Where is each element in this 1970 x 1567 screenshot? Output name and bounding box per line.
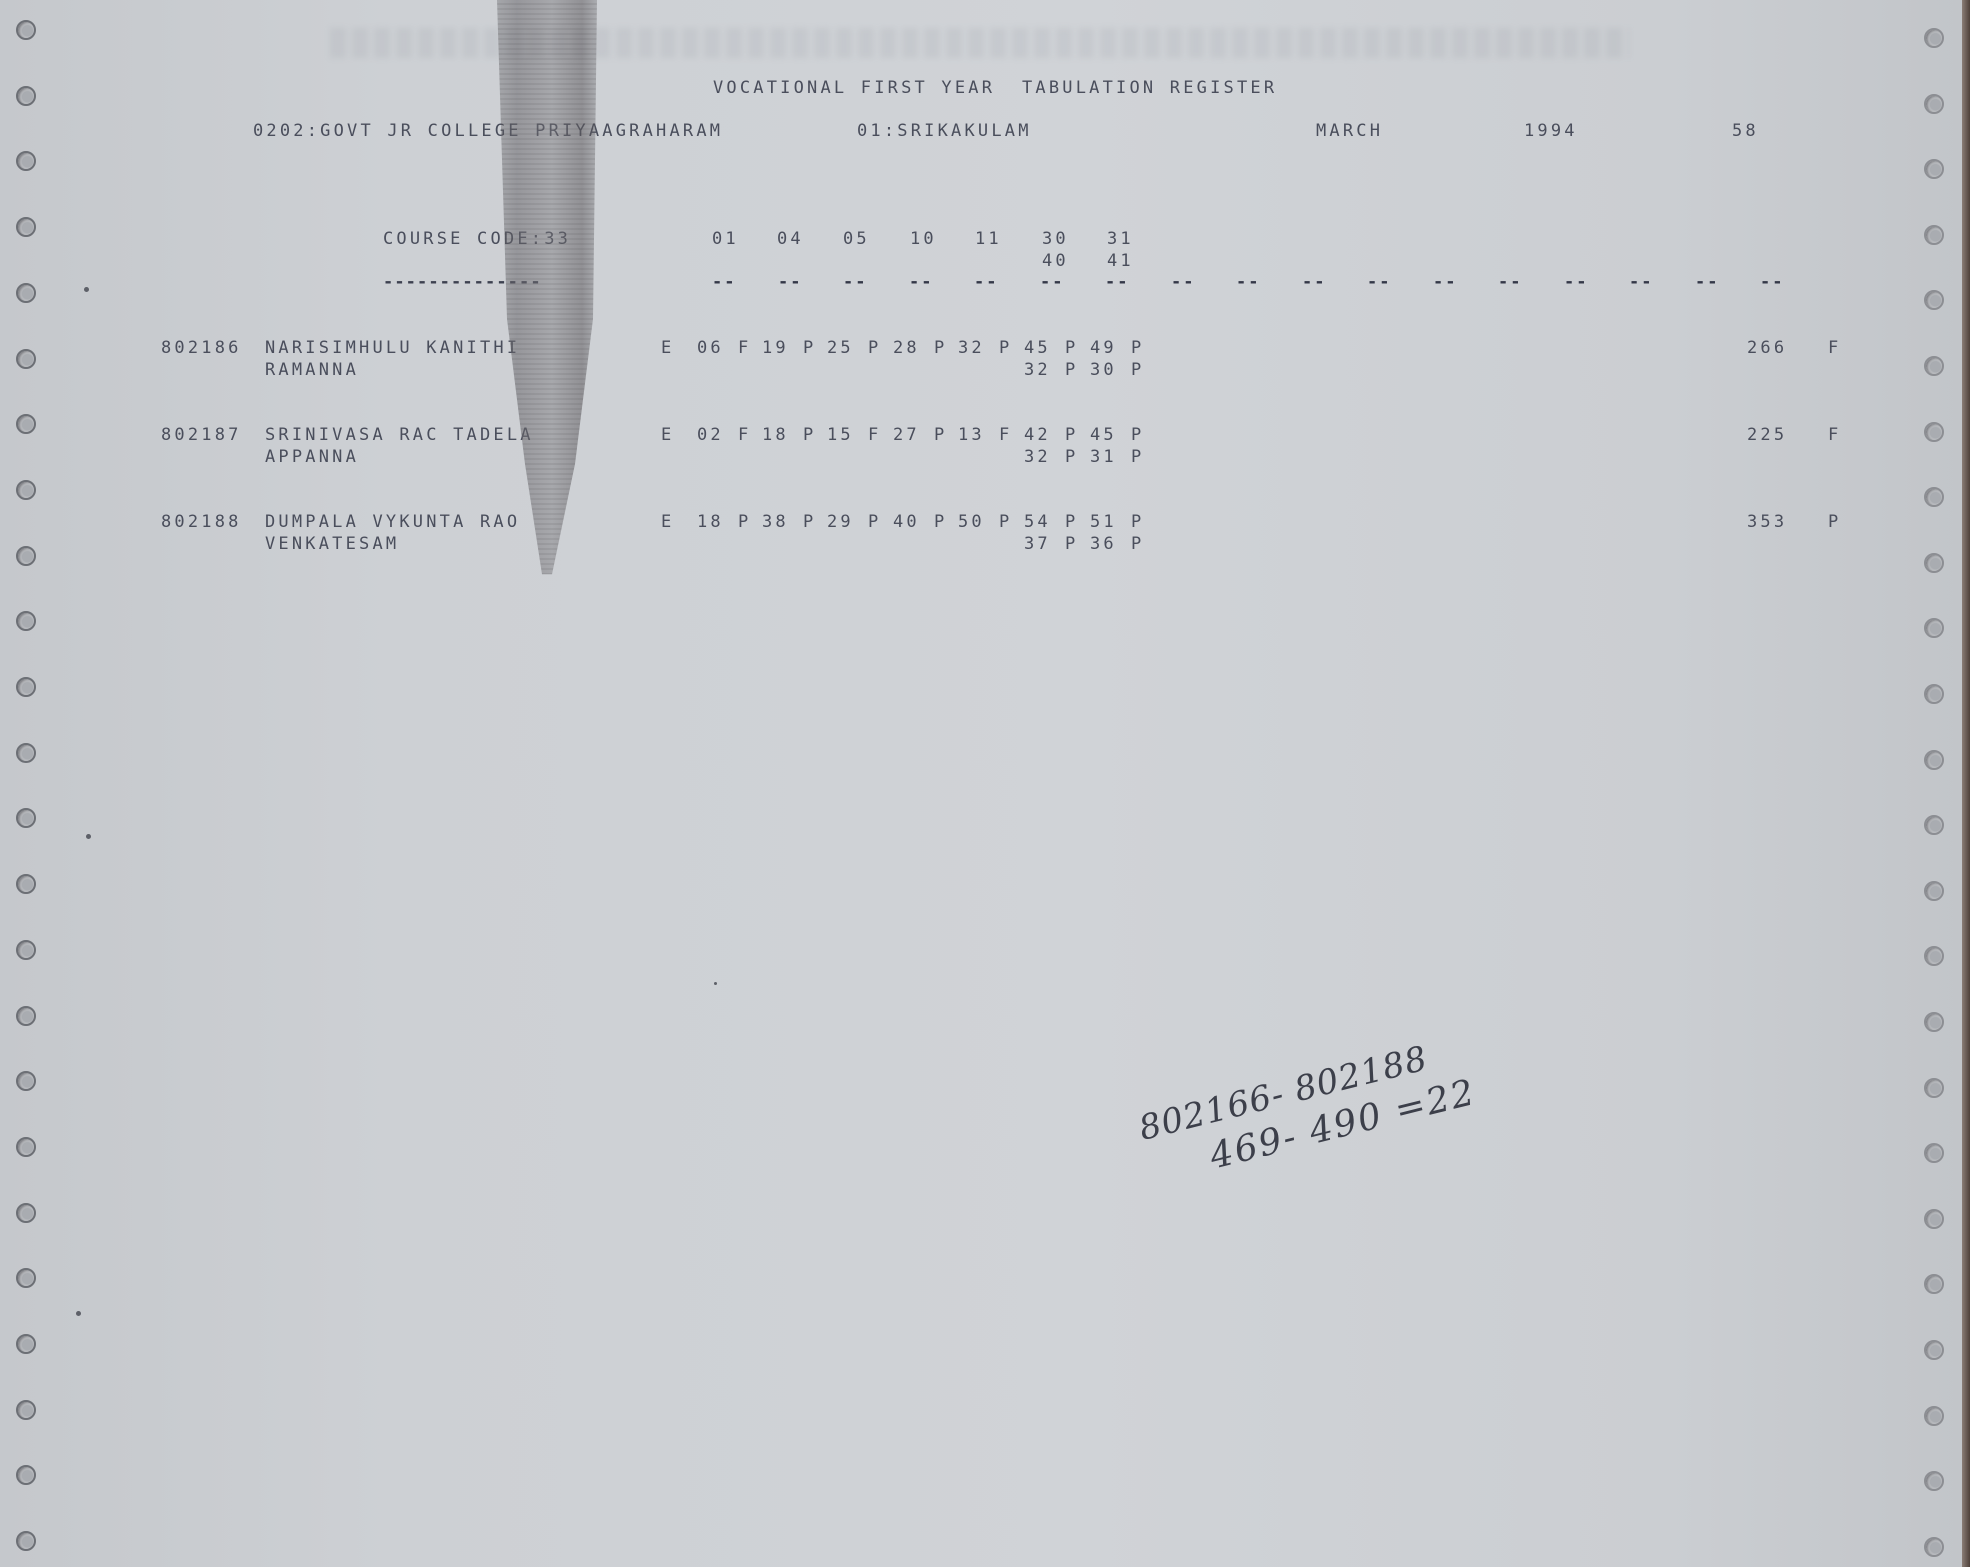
- paper-edge: [1962, 0, 1970, 1567]
- subject-mark: 29: [827, 512, 854, 532]
- subject-code: 11: [975, 229, 1002, 249]
- column-separator: --: [1040, 272, 1064, 292]
- sprocket-hole: [16, 349, 36, 369]
- sprocket-hole: [1924, 750, 1944, 770]
- sprocket-hole: [16, 677, 36, 697]
- subject-status: P: [1065, 447, 1078, 467]
- subject-status: P: [803, 425, 816, 445]
- sprocket-hole: [16, 414, 36, 434]
- student-name: DUMPALA VYKUNTA RAO: [265, 512, 520, 532]
- subject-status: P: [738, 512, 751, 532]
- sprocket-hole: [1924, 1209, 1944, 1229]
- sprocket-hole: [16, 283, 36, 303]
- sprocket-hole: [1924, 1143, 1944, 1163]
- subject-status: P: [1065, 338, 1078, 358]
- subject-status: P: [1131, 338, 1144, 358]
- sprocket-hole: [16, 1465, 36, 1485]
- subject-status: P: [1131, 534, 1144, 554]
- subject-code-secondary: 41: [1107, 251, 1134, 271]
- sprocket-hole: [16, 808, 36, 828]
- sprocket-hole: [1924, 618, 1944, 638]
- subject-mark: 45: [1090, 425, 1117, 445]
- subject-mark: 45: [1024, 338, 1051, 358]
- sprocket-hole: [16, 1268, 36, 1288]
- father-name: APPANNA: [265, 447, 359, 467]
- district-name: 01:SRIKAKULAM: [857, 121, 1032, 141]
- student-name: SRINIVASA RAC TADELA: [265, 425, 534, 445]
- paper-speck: [714, 982, 717, 985]
- column-separator: --: [1498, 272, 1522, 292]
- subject-status: P: [934, 338, 947, 358]
- subject-status: P: [803, 512, 816, 532]
- subject-mark: 42: [1024, 425, 1051, 445]
- column-separator: --: [909, 272, 933, 292]
- result-status: P: [1828, 512, 1841, 532]
- subject-mark: 37: [1024, 534, 1051, 554]
- college-name: 0202:GOVT JR COLLEGE PRIYAAGRAHARAM: [253, 121, 723, 141]
- sprocket-hole: [1924, 553, 1944, 573]
- sprocket-hole: [1924, 1471, 1944, 1491]
- paper-speck: [76, 1311, 81, 1316]
- page-number: 58: [1732, 121, 1759, 141]
- total-marks: 266: [1747, 338, 1787, 358]
- subject-mark: 32: [1024, 447, 1051, 467]
- sprocket-hole: [1924, 422, 1944, 442]
- subject-mark: 54: [1024, 512, 1051, 532]
- column-separator: --: [1564, 272, 1588, 292]
- sprocket-hole: [1924, 487, 1944, 507]
- medium: E: [661, 338, 674, 358]
- hall-ticket-number: 802187: [161, 425, 242, 445]
- subject-mark: 51: [1090, 512, 1117, 532]
- subject-status: F: [738, 425, 751, 445]
- subject-code: 01: [712, 229, 739, 249]
- column-separator: --: [712, 272, 736, 292]
- subject-mark: 18: [697, 512, 724, 532]
- sprocket-hole: [16, 1531, 36, 1551]
- sprocket-hole: [16, 1400, 36, 1420]
- subject-status: P: [999, 338, 1012, 358]
- paper-speck: [86, 834, 91, 839]
- subject-mark: 36: [1090, 534, 1117, 554]
- subject-mark: 30: [1090, 360, 1117, 380]
- column-separator: --: [1433, 272, 1457, 292]
- sprocket-hole: [16, 151, 36, 171]
- sprocket-hole: [1924, 946, 1944, 966]
- subject-status: P: [803, 338, 816, 358]
- sprocket-hole: [1924, 881, 1944, 901]
- exam-month: MARCH: [1316, 121, 1383, 141]
- subject-status: P: [1131, 360, 1144, 380]
- sprocket-hole: [1924, 28, 1944, 48]
- sprocket-hole: [1924, 684, 1944, 704]
- subject-code-secondary: 40: [1042, 251, 1069, 271]
- medium: E: [661, 512, 674, 532]
- sprocket-hole: [1924, 1078, 1944, 1098]
- column-separator: --: [1302, 272, 1326, 292]
- subject-status: P: [1065, 360, 1078, 380]
- sprocket-hole: [1924, 1340, 1944, 1360]
- subject-status: P: [999, 512, 1012, 532]
- column-separator: --: [1236, 272, 1260, 292]
- total-marks: 225: [1747, 425, 1787, 445]
- subject-mark: 18: [762, 425, 789, 445]
- sprocket-hole: [16, 20, 36, 40]
- subject-mark: 31: [1090, 447, 1117, 467]
- sprocket-hole: [16, 611, 36, 631]
- sprocket-hole: [1924, 1274, 1944, 1294]
- subject-mark: 06: [697, 338, 724, 358]
- subject-status: P: [1065, 425, 1078, 445]
- sprocket-hole: [16, 940, 36, 960]
- column-separator: --: [974, 272, 998, 292]
- subject-code: 10: [910, 229, 937, 249]
- sprocket-hole: [16, 86, 36, 106]
- subject-status: P: [868, 512, 881, 532]
- total-marks: 353: [1747, 512, 1787, 532]
- document-title: VOCATIONAL FIRST YEAR TABULATION REGISTE…: [713, 78, 1277, 98]
- sprocket-hole: [1924, 1406, 1944, 1426]
- sprocket-hole: [16, 1006, 36, 1026]
- paper-speck: [84, 287, 89, 292]
- father-name: RAMANNA: [265, 360, 359, 380]
- sprocket-hole: [16, 480, 36, 500]
- column-separator: --: [1105, 272, 1129, 292]
- sprocket-hole: [1924, 815, 1944, 835]
- tabulation-register-sheet: VOCATIONAL FIRST YEAR TABULATION REGISTE…: [0, 0, 1962, 1567]
- subject-code: 31: [1107, 229, 1134, 249]
- sprocket-hole: [16, 743, 36, 763]
- subject-mark: 50: [958, 512, 985, 532]
- subject-mark: 27: [893, 425, 920, 445]
- subject-mark: 02: [697, 425, 724, 445]
- sprocket-hole: [16, 546, 36, 566]
- sprocket-hole: [1924, 356, 1944, 376]
- subject-status: F: [999, 425, 1012, 445]
- subject-mark: 28: [893, 338, 920, 358]
- result-status: F: [1828, 425, 1841, 445]
- sprocket-hole: [1924, 225, 1944, 245]
- student-name: NARISIMHULU KANITHI: [265, 338, 520, 358]
- subject-status: P: [934, 512, 947, 532]
- sprocket-hole: [16, 874, 36, 894]
- subject-status: F: [738, 338, 751, 358]
- handwritten-note: 802166- 802188 469- 490 =22: [1135, 1029, 1480, 1192]
- subject-status: P: [868, 338, 881, 358]
- subject-status: P: [1065, 512, 1078, 532]
- column-separator: --: [843, 272, 867, 292]
- sprocket-hole: [16, 1334, 36, 1354]
- subject-status: P: [1131, 447, 1144, 467]
- sprocket-hole: [1924, 94, 1944, 114]
- column-separator: --: [1171, 272, 1195, 292]
- result-status: F: [1828, 338, 1841, 358]
- sprocket-hole: [1924, 159, 1944, 179]
- subject-mark: 32: [1024, 360, 1051, 380]
- column-separator: --: [1695, 272, 1719, 292]
- column-separator: --: [1367, 272, 1391, 292]
- subject-mark: 32: [958, 338, 985, 358]
- subject-status: P: [1065, 534, 1078, 554]
- subject-code: 04: [777, 229, 804, 249]
- ink-smudge: [497, 0, 597, 580]
- sprocket-hole: [1924, 1012, 1944, 1032]
- subject-code: 30: [1042, 229, 1069, 249]
- exam-year: 1994: [1524, 121, 1578, 141]
- subject-mark: 13: [958, 425, 985, 445]
- sprocket-hole: [16, 1137, 36, 1157]
- father-name: VENKATESAM: [265, 534, 399, 554]
- column-separator: --: [1760, 272, 1784, 292]
- subject-mark: 40: [893, 512, 920, 532]
- subject-mark: 15: [827, 425, 854, 445]
- column-separator: --: [1629, 272, 1653, 292]
- subject-mark: 49: [1090, 338, 1117, 358]
- subject-status: P: [1131, 425, 1144, 445]
- medium: E: [661, 425, 674, 445]
- subject-code: 05: [843, 229, 870, 249]
- sprocket-hole: [1924, 290, 1944, 310]
- subject-status: P: [1131, 512, 1144, 532]
- hall-ticket-number: 802188: [161, 512, 242, 532]
- hall-ticket-number: 802186: [161, 338, 242, 358]
- sprocket-hole: [16, 217, 36, 237]
- sprocket-hole: [16, 1071, 36, 1091]
- subject-status: F: [868, 425, 881, 445]
- subject-status: P: [934, 425, 947, 445]
- subject-mark: 25: [827, 338, 854, 358]
- sprocket-hole: [16, 1203, 36, 1223]
- subject-mark: 19: [762, 338, 789, 358]
- subject-mark: 38: [762, 512, 789, 532]
- sprocket-hole: [1924, 1537, 1944, 1557]
- column-separator: --: [778, 272, 802, 292]
